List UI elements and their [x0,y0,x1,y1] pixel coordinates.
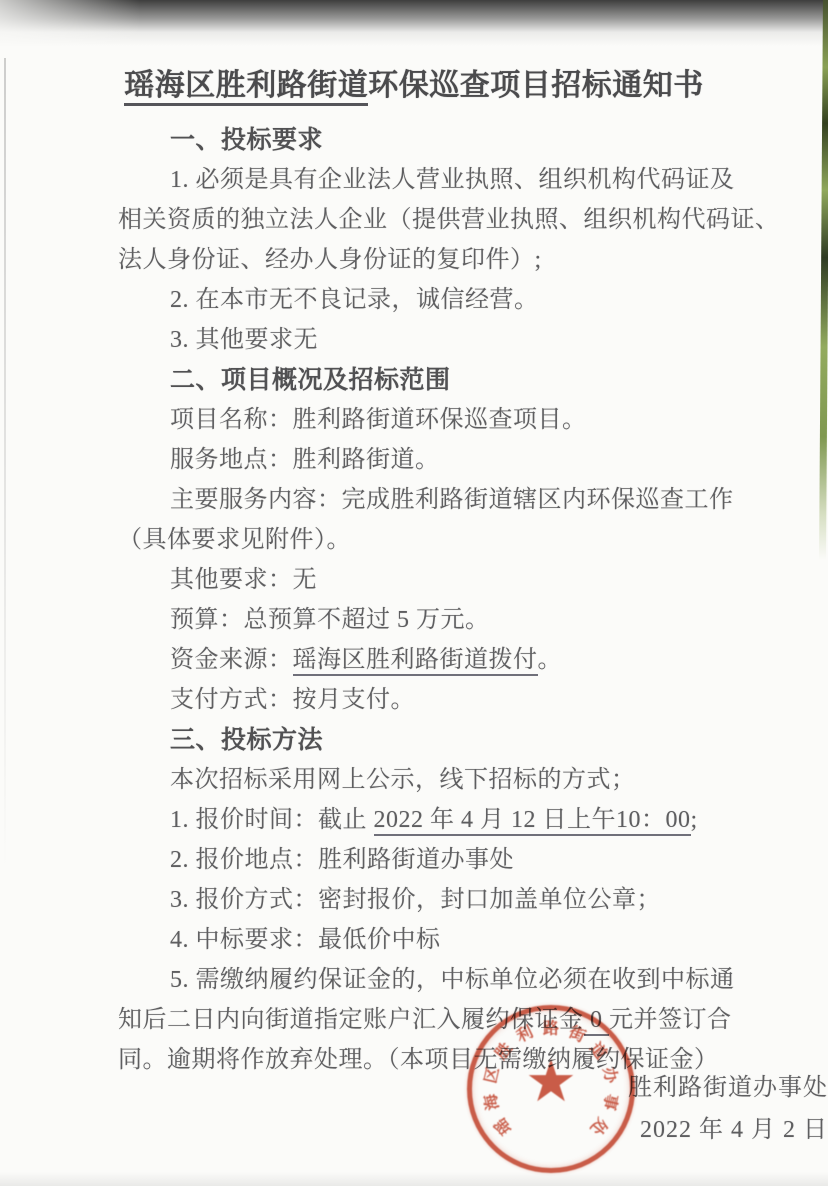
text-run: （具体要求见附件）。 [118,527,351,553]
document-line: 4. 中标要求：最低价中标 [118,920,758,960]
text-run: 其他要求：无 [170,567,317,593]
underlined-text-run: 0 [584,1007,610,1036]
document-page: 瑶海区胜利路街道环保巡查项目招标通知书 一、投标要求1. 必须是具有企业法人营业… [0,0,828,1186]
text-run: 1. 必须是具有企业法人营业执照、组织机构代码证及 [170,167,735,193]
text-run: 项目名称：胜利路街道环保巡查项目。 [170,407,587,433]
text-run: 法人身份证、经办人身份证的复印件）; [118,247,542,273]
text-run: 。 [538,647,563,673]
document-line: 2. 报价地点：胜利路街道办事处 [118,840,758,880]
document-line: 三、投标方法 [118,720,758,760]
document-line: 2. 在本市无不良记录，诚信经营。 [118,280,758,320]
text-run: 支付方式：按月支付。 [170,687,415,713]
document-line: 项目名称：胜利路街道环保巡查项目。 [118,400,758,440]
title-underlined-part: 瑶海区胜利路街道 [124,69,368,106]
document-line: 主要服务内容：完成胜利路街道辖区内环保巡查工作 [118,480,758,520]
text-run: 知后二日内向街道指定账户汇入履约保证金 [118,1007,584,1033]
document-line: 预算：总预算不超过 5 万元。 [118,600,758,640]
document-line: 资金来源：瑶海区胜利路街道拨付。 [118,640,758,680]
document-line: 1. 报价时间：截止 2022 年 4 月 12 日上午10：00; [118,800,758,840]
text-run: 2. 报价地点：胜利路街道办事处 [170,847,514,873]
document-line: 1. 必须是具有企业法人营业执照、组织机构代码证及 [118,160,758,200]
text-run: 4. 中标要求：最低价中标 [170,927,441,953]
photo-edge-bottom [0,1172,828,1186]
text-run: 2. 在本市无不良记录，诚信经营。 [170,287,539,313]
document-body: 一、投标要求1. 必须是具有企业法人营业执照、组织机构代码证及相关资质的独立法人… [118,120,758,1080]
photo-edge-top-left-fade [0,0,140,46]
signature-date: 2022 年 4 月 2 日 [0,1110,828,1150]
text-run: 元并签订合 [609,1007,732,1033]
text-run: 5. 需缴纳履约保证金的，中标单位必须在收到中标通 [170,967,735,993]
text-run: 预算：总预算不超过 5 万元。 [170,607,490,633]
document-line: 相关资质的独立法人企业（提供营业执照、组织机构代码证、 [118,200,758,240]
document-line: 法人身份证、经办人身份证的复印件）; [118,240,758,280]
underlined-text-run: 2022 年 4 月 12 日上午10：00 [374,807,691,836]
title-rest-part: 环保巡查项目招标通知书 [368,69,704,102]
text-run: 相关资质的独立法人企业（提供营业执照、组织机构代码证、 [118,207,780,233]
text-run: ; [691,807,698,833]
document-title: 瑶海区胜利路街道环保巡查项目招标通知书 [0,62,828,110]
document-line: 3. 其他要求无 [118,320,758,360]
document-line: 服务地点：胜利路街道。 [118,440,758,480]
document-line: 其他要求：无 [118,560,758,600]
text-run: 二、项目概况及招标范围 [170,366,451,394]
text-run: 三、投标方法 [170,726,323,754]
document-line: 二、项目概况及招标范围 [118,360,758,400]
document-line: 本次招标采用网上公示，线下招标的方式； [118,760,758,800]
text-run: 本次招标采用网上公示，线下招标的方式； [170,767,636,793]
document-line: 一、投标要求 [118,120,758,160]
text-run: 资金来源： [170,647,293,673]
text-run: 3. 报价方式：密封报价，封口加盖单位公章； [170,887,661,913]
underlined-text-run: 瑶海区胜利路街道拨付 [293,647,538,676]
document-line: （具体要求见附件）。 [118,520,758,560]
signature-org: 胜利路街道办事处 [0,1068,828,1108]
text-run: 3. 其他要求无 [170,327,318,353]
text-run: 1. 报价时间：截止 [170,807,374,833]
text-run: 服务地点：胜利路街道。 [170,447,440,473]
text-run: 一、投标要求 [170,126,323,154]
text-run: 主要服务内容：完成胜利路街道辖区内环保巡查工作 [170,487,734,513]
document-line: 知后二日内向街道指定账户汇入履约保证金 0 元并签订合 [118,1000,758,1040]
document-line: 5. 需缴纳履约保证金的，中标单位必须在收到中标通 [118,960,758,1000]
document-line: 3. 报价方式：密封报价，封口加盖单位公章； [118,880,758,920]
document-line: 支付方式：按月支付。 [118,680,758,720]
photo-edge-top [0,0,828,46]
paper-fold-line [4,58,6,868]
